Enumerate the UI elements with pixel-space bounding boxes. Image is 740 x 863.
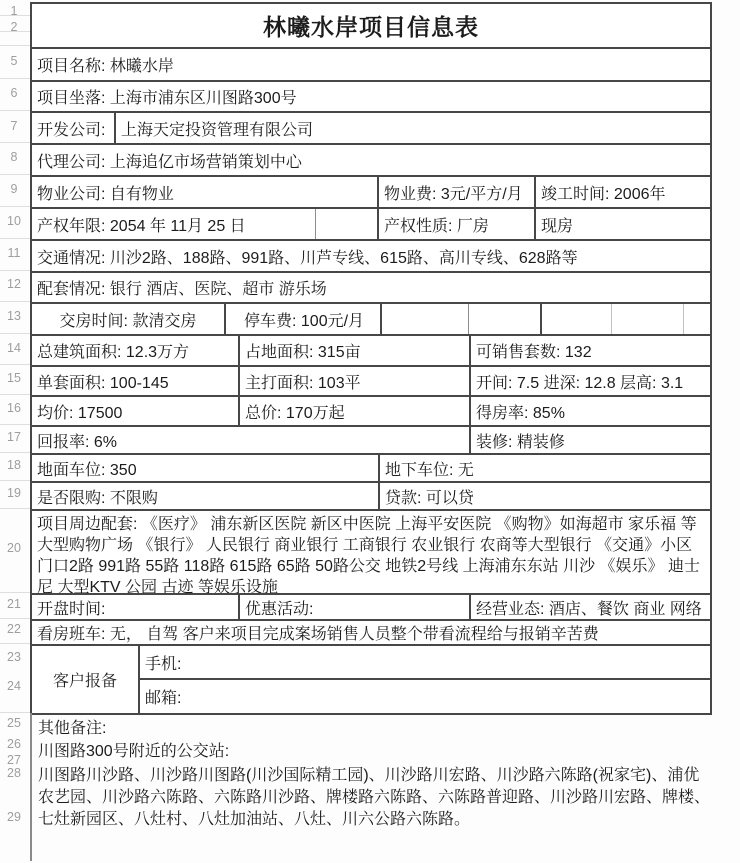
gutter-tick <box>0 174 30 175</box>
cell-developer[interactable]: 上海天定投资管理有限公司 <box>114 113 710 143</box>
gutter-tick <box>0 110 30 111</box>
gutter-tick <box>0 45 30 46</box>
gutter-tick <box>0 301 30 302</box>
row-number[interactable]: 9 <box>2 182 26 196</box>
row-number[interactable]: 8 <box>2 150 26 164</box>
row-number[interactable]: 5 <box>2 54 26 68</box>
cell-empty[interactable] <box>540 304 611 334</box>
row-number[interactable]: 16 <box>2 401 26 415</box>
cell-delivery-time[interactable]: 交房时间: 款清交房 <box>32 304 224 334</box>
row-number[interactable]: 24 <box>2 679 26 693</box>
row-number[interactable]: 29 <box>2 810 26 824</box>
cell-empty[interactable] <box>683 304 710 334</box>
cell-house-status[interactable]: 现房 <box>534 209 710 239</box>
cell-email[interactable]: 邮箱: <box>140 680 710 713</box>
gutter-tick <box>0 78 30 79</box>
row-number[interactable]: 15 <box>2 371 26 385</box>
row-number[interactable]: 23 <box>2 650 26 664</box>
spreadsheet-viewport: 1 2 5 6 7 8 9 10 11 12 13 14 15 16 17 18… <box>0 0 740 863</box>
cell-property-fee[interactable]: 物业费: 3元/平方/月 <box>377 177 534 207</box>
cell-purchase-restriction[interactable]: 是否限购: 不限购 <box>32 483 378 509</box>
gutter-tick <box>0 364 30 365</box>
gutter-tick <box>0 394 30 395</box>
cell-total-area[interactable]: 总建筑面积: 12.3万方 <box>32 336 238 365</box>
row-number[interactable]: 14 <box>2 341 26 355</box>
cell-average-price[interactable]: 均价: 17500 <box>32 397 238 425</box>
cell-facilities[interactable]: 配套情况: 银行 酒店、医院、超市 游乐场 <box>32 273 710 302</box>
gutter-tick <box>0 142 30 143</box>
cell-developer-label[interactable]: 开发公司: <box>32 113 114 143</box>
cell-empty[interactable] <box>315 209 377 239</box>
cell-bus-stops-list[interactable]: 川图路川沙路、川沙路川图路(川沙国际精工园)、川沙路川宏路、川沙路六陈路(祝家宅… <box>38 765 714 831</box>
gutter-tick <box>0 15 30 16</box>
cell-sellable-units[interactable]: 可销售套数: 132 <box>469 336 710 365</box>
cell-opening-time[interactable]: 开盘时间: <box>32 595 238 619</box>
cell-empty[interactable] <box>468 304 540 334</box>
row-number[interactable]: 17 <box>2 430 26 444</box>
row-number[interactable]: 7 <box>2 119 26 133</box>
row-number[interactable]: 21 <box>2 597 26 611</box>
sheet-title[interactable]: 林曦水岸项目信息表 <box>32 4 710 47</box>
cell-dimensions[interactable]: 开间: 7.5 进深: 12.8 层高: 3.1 <box>469 367 710 395</box>
cell-underground-parking[interactable]: 地下车位: 无 <box>378 455 710 481</box>
cell-ground-parking[interactable]: 地面车位: 350 <box>32 455 378 481</box>
cell-unit-area[interactable]: 单套面积: 100-145 <box>32 367 238 395</box>
gutter-tick <box>0 424 30 425</box>
cell-loan[interactable]: 贷款: 可以贷 <box>378 483 710 509</box>
row-number[interactable]: 19 <box>2 486 26 500</box>
gutter-tick <box>0 238 30 239</box>
cell-decoration[interactable]: 装修: 精装修 <box>469 427 710 453</box>
cell-customer-report-label[interactable]: 客户报备 <box>32 646 138 713</box>
gutter-tick <box>0 592 30 593</box>
cell-traffic[interactable]: 交通情况: 川沙2路、188路、991路、川芦专线、615路、高川专线、628路… <box>32 241 710 271</box>
cell-other-remarks-label[interactable]: 其他备注: <box>38 717 714 740</box>
gutter-tick <box>0 643 30 644</box>
row-number[interactable]: 25 <box>2 716 26 730</box>
row-number[interactable]: 28 <box>2 766 26 780</box>
row-number[interactable]: 11 <box>2 246 26 260</box>
cell-property-company[interactable]: 物业公司: 自有物业 <box>32 177 377 207</box>
cell-business-type[interactable]: 经营业态: 酒店、餐饮 商业 网络 <box>469 595 710 619</box>
cell-agency[interactable]: 代理公司: 上海追亿市场营销策划中心 <box>32 145 710 175</box>
gutter-tick <box>0 508 30 509</box>
gutter-tick <box>0 333 30 334</box>
cell-ownership-years[interactable]: 产权年限: 2054 年 11月 25 日 <box>32 209 315 239</box>
row-number[interactable]: 18 <box>2 458 26 472</box>
cell-viewing-shuttle[interactable]: 看房班车: 无， 自驾 客户来项目完成案场销售人员整个带看流程给与报销辛苦费 <box>32 621 710 644</box>
cell-usable-ratio[interactable]: 得房率: 85% <box>469 397 710 425</box>
cell-surroundings[interactable]: 项目周边配套: 《医疗》 浦东新区医院 新区中医院 上海平安医院 《购物》如海超… <box>32 511 710 593</box>
cell-bus-stops-title[interactable]: 川图路300号附近的公交站: <box>38 740 714 763</box>
cell-land-area[interactable]: 占地面积: 315亩 <box>238 336 469 365</box>
row-number[interactable]: 6 <box>2 86 26 100</box>
gutter-tick <box>0 270 30 271</box>
cell-project-address[interactable]: 项目坐落: 上海市浦东区川图路300号 <box>32 82 710 111</box>
project-info-table: 林曦水岸项目信息表 项目名称: 林曦水岸 项目坐落: 上海市浦东区川图路300号… <box>30 2 712 715</box>
gutter-tick <box>0 452 30 453</box>
row-number[interactable]: 27 <box>2 753 26 767</box>
other-remarks-area: 其他备注: 川图路300号附近的公交站: 川图路川沙路、川沙路川图路(川沙国际精… <box>30 713 720 861</box>
cell-return-rate[interactable]: 回报率: 6% <box>32 427 469 453</box>
row-number[interactable]: 12 <box>2 277 26 291</box>
gutter-tick <box>0 31 30 32</box>
gutter-tick <box>0 618 30 619</box>
row-number[interactable]: 20 <box>2 541 26 555</box>
gutter-tick <box>0 206 30 207</box>
cell-main-area[interactable]: 主打面积: 103平 <box>238 367 469 395</box>
row-number[interactable]: 22 <box>2 622 26 636</box>
cell-phone[interactable]: 手机: <box>140 646 710 680</box>
row-number[interactable]: 26 <box>2 737 26 751</box>
cell-ownership-type[interactable]: 产权性质: 厂房 <box>377 209 534 239</box>
cell-empty[interactable] <box>611 304 683 334</box>
cell-empty[interactable] <box>380 304 468 334</box>
cell-parking-fee[interactable]: 停车费: 100元/月 <box>224 304 380 334</box>
row-number[interactable]: 10 <box>2 214 26 228</box>
cell-completion-date[interactable]: 竣工时间: 2006年 <box>534 177 710 207</box>
row-number[interactable]: 13 <box>2 309 26 323</box>
cell-project-name[interactable]: 项目名称: 林曦水岸 <box>32 49 710 80</box>
cell-total-price[interactable]: 总价: 170万起 <box>238 397 469 425</box>
cell-promotion[interactable]: 优惠活动: <box>238 595 469 619</box>
gutter-tick <box>0 712 30 713</box>
gutter-tick <box>0 480 30 481</box>
